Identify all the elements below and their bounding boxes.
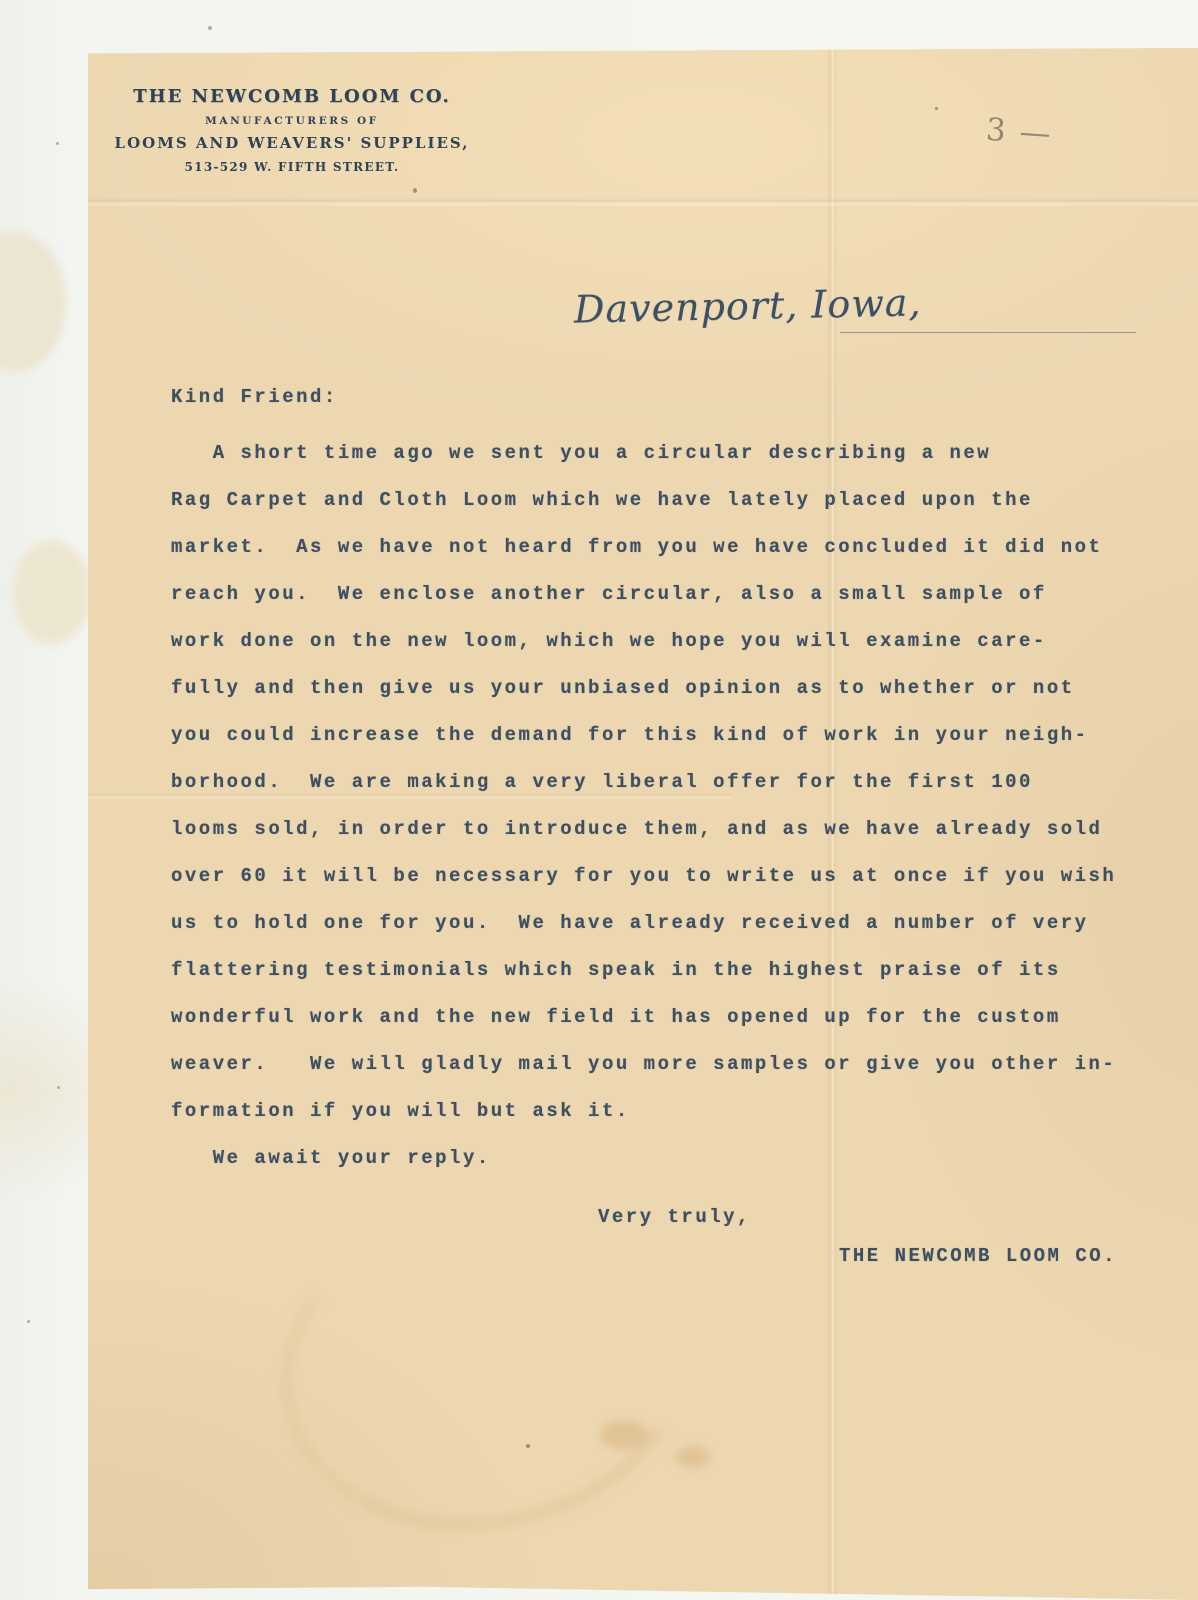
letterhead-street-address: 513-529 W. FIFTH STREET. — [110, 160, 474, 174]
backdrop-smudge — [0, 232, 66, 372]
backdrop-speck — [208, 26, 212, 30]
backdrop-smudge — [12, 540, 92, 645]
pencil-note: 3 — — [985, 112, 1054, 153]
letter-paper: THE NEWCOMB LOOM CO. MANUFACTURERS OF LO… — [88, 48, 1198, 1600]
stain-spot — [600, 1420, 648, 1450]
paper-speck — [526, 1444, 530, 1448]
date-blank-line — [840, 332, 1136, 333]
letter-body: A short time ago we sent you a circular … — [171, 430, 1116, 1182]
letterhead-company-name: THE NEWCOMB LOOM CO. — [110, 86, 474, 107]
letterhead: THE NEWCOMB LOOM CO. MANUFACTURERS OF LO… — [110, 86, 474, 174]
photo-backdrop: THE NEWCOMB LOOM CO. MANUFACTURERS OF LO… — [0, 0, 1198, 1600]
letterhead-tagline: MANUFACTURERS OF — [110, 115, 474, 127]
horizontal-fold-crease-top — [88, 198, 1198, 207]
signature-company: THE NEWCOMB LOOM CO. — [839, 1245, 1117, 1267]
backdrop-speck — [27, 1320, 30, 1323]
paper-speck — [935, 107, 938, 110]
stain-spot — [676, 1446, 710, 1468]
salutation: Kind Friend: — [171, 386, 338, 408]
letterhead-products-line: LOOMS AND WEAVERS' SUPPLIES, — [110, 134, 474, 152]
paper-speck — [413, 188, 417, 193]
closing-valediction: Very truly, — [598, 1206, 751, 1228]
dateline-place-script: Davenport, Iowa, — [574, 280, 922, 331]
backdrop-speck — [57, 1086, 60, 1089]
backdrop-speck — [56, 142, 59, 145]
